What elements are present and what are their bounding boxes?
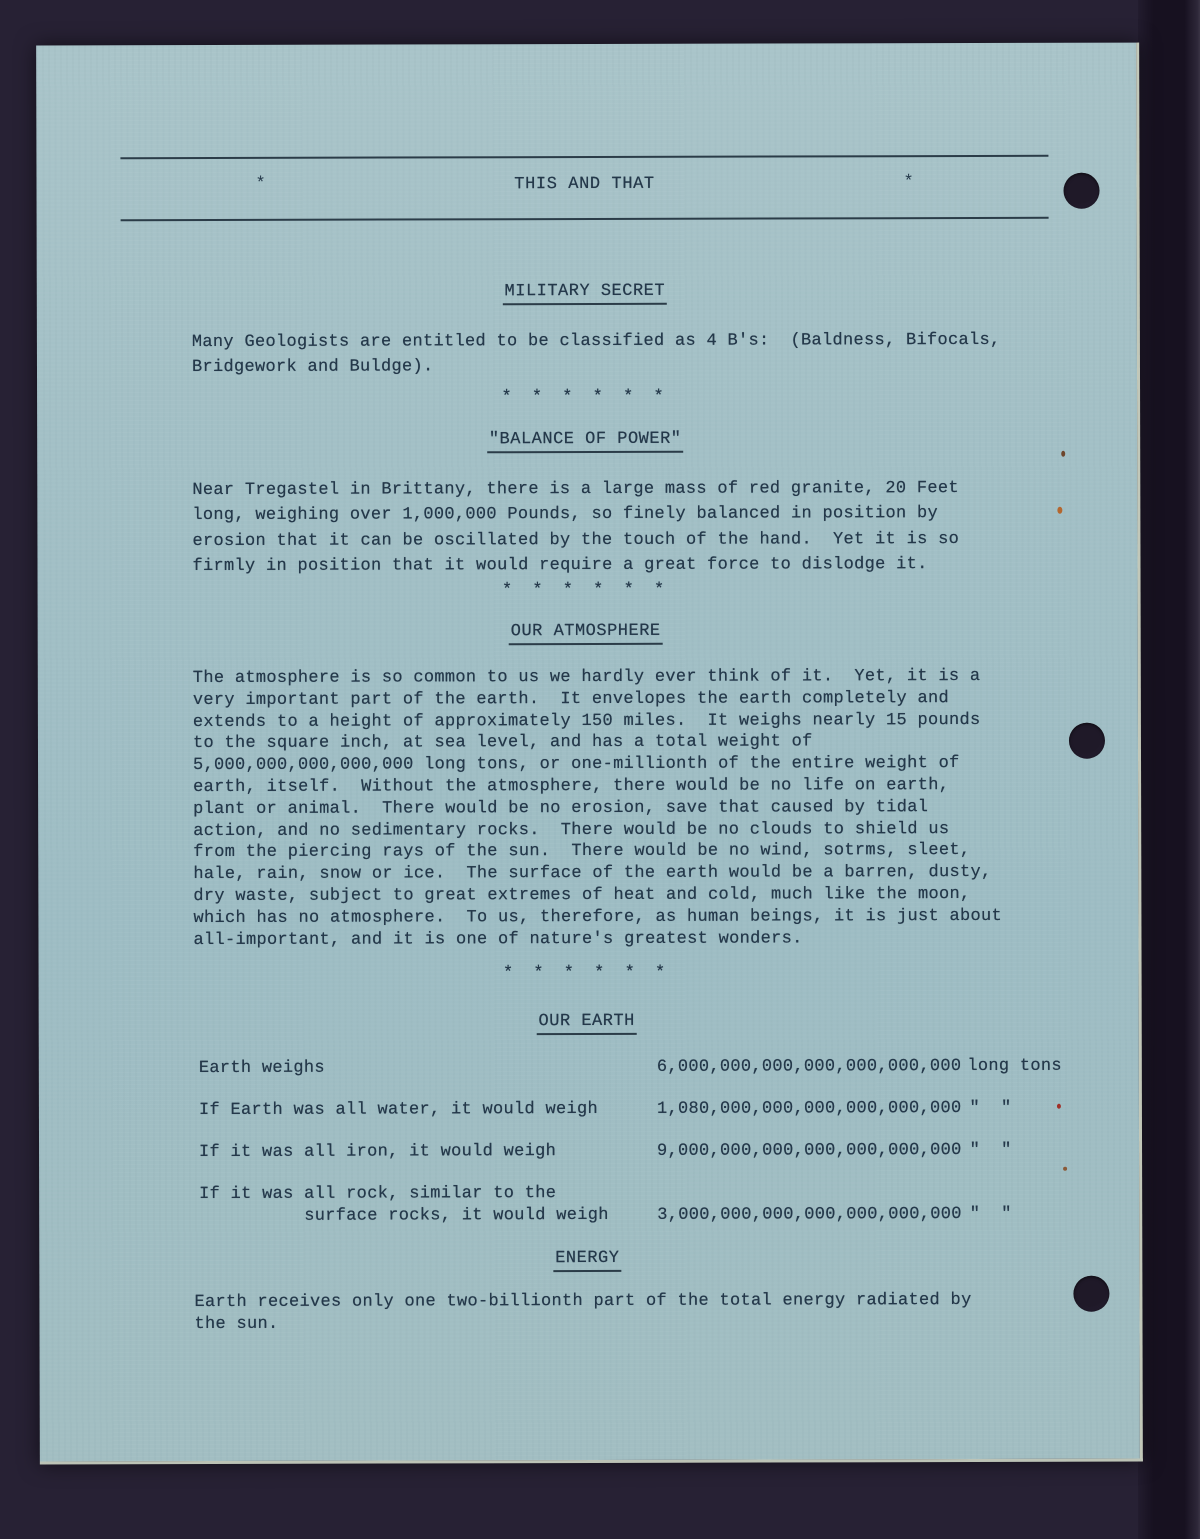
text-line: the sun. (194, 1312, 1074, 1336)
heading-our-earth: OUR EARTH (123, 1011, 1051, 1036)
text-line: from the piercing rays of the sun. There… (193, 840, 1073, 864)
paper-page: * THIS AND THAT * MILITARY SECRET Many G… (36, 43, 1143, 1465)
earth-row-label: Earth weighs (199, 1059, 325, 1078)
text-line: erosion that it can be oscillated by the… (192, 527, 1072, 555)
text-line: long, weighing over 1,000,000 Pounds, so… (192, 501, 1072, 529)
earth-row-label: If it was all iron, it would weigh (199, 1142, 556, 1162)
text-line: Bridgework and Buldge). (192, 353, 1072, 381)
text-line: Earth receives only one two-billionth pa… (194, 1290, 1074, 1314)
text-line: to the square inch, at sea level, and ha… (193, 731, 1073, 755)
header-rule-top (120, 155, 1048, 159)
heading-our-atmosphere: OUR ATMOSPHERE (122, 621, 1050, 646)
text-line: Many Geologists are entitled to be class… (192, 328, 1072, 356)
text-line: dry waste, subject to great extremes of … (193, 884, 1073, 908)
earth-row-value: 6,000,000,000,000,000,000,000long tons (657, 1057, 1062, 1077)
text-line: Near Tregastel in Brittany, there is a l… (192, 476, 1072, 504)
earth-row-label: If it was all rock, similar to the (199, 1184, 556, 1204)
text-line: plant or animal. There would be no erosi… (193, 797, 1073, 821)
earth-row-label: If Earth was all water, it would weigh (199, 1100, 598, 1120)
text-line: all-important, and it is one of nature's… (193, 927, 1073, 951)
text-line: firmly in position that it would require… (192, 552, 1072, 580)
asterisk-separator: * * * * * * (121, 387, 1049, 408)
heading-balance-of-power: "BALANCE OF POWER" (121, 429, 1049, 454)
earth-table-row: If it was all iron, it would weigh 9,000… (39, 1141, 1139, 1168)
earth-table-row: If Earth was all water, it would weigh 1… (39, 1099, 1139, 1126)
heading-energy: ENERGY (123, 1248, 1051, 1273)
earth-row-unit: " " (970, 1205, 1012, 1224)
heading-military-secret: MILITARY SECRET (121, 281, 1049, 306)
section-military-text: Many Geologists are entitled to be class… (192, 328, 1072, 381)
stain-speck (1061, 451, 1065, 457)
section-balance-text: Near Tregastel in Brittany, there is a l… (192, 476, 1072, 580)
hole-punch (1073, 1276, 1109, 1312)
header-rule-bottom (121, 217, 1049, 221)
earth-row-unit: long tons (967, 1057, 1062, 1076)
text-line: which has no atmosphere. To us, therefor… (193, 905, 1073, 929)
section-atmosphere-text: The atmosphere is so common to us we har… (193, 666, 1074, 952)
text-line: 5,000,000,000,000,000 long tons, or one-… (193, 753, 1073, 777)
asterisk-separator: * * * * * * (123, 963, 1051, 984)
earth-row-unit: " " (969, 1099, 1011, 1118)
asterisk-separator: * * * * * * (122, 580, 1050, 601)
hole-punch (1063, 173, 1099, 209)
earth-row-value: 1,080,000,000,000,000,000,000" " (657, 1099, 1012, 1119)
text-line: extends to a height of approximately 150… (193, 709, 1073, 733)
text-line: The atmosphere is so common to us we har… (193, 666, 1073, 690)
stain-speck (1057, 1104, 1061, 1109)
section-energy-text: Earth receives only one two-billionth pa… (194, 1290, 1074, 1336)
scanned-document: { "colors": { "paper": "#a3c0c6", "ink":… (0, 0, 1200, 1539)
stain-speck (1057, 507, 1062, 514)
earth-table-row: Earth weighs 6,000,000,000,000,000,000,0… (39, 1057, 1139, 1084)
hole-punch (1069, 723, 1105, 759)
text-line: very important part of the earth. It env… (193, 688, 1073, 712)
text-line: earth, itself. Without the atmosphere, t… (193, 775, 1073, 799)
earth-row-value: 3,000,000,000,000,000,000,000" " (657, 1205, 1012, 1225)
text-line: hale, rain, snow or ice. The surface of … (193, 862, 1073, 886)
stain-speck (1063, 1167, 1067, 1171)
text-line: action, and no sedimentary rocks. There … (193, 818, 1073, 842)
header-right-asterisk: * (903, 173, 914, 192)
earth-row-unit: " " (970, 1141, 1012, 1160)
earth-table-row: If it was all rock, similar to the surfa… (39, 1183, 1139, 1232)
earth-row-value: 9,000,000,000,000,000,000,000" " (657, 1141, 1012, 1161)
scan-backing-band (1138, 0, 1200, 1539)
earth-row-label-line2: surface rocks, it would weigh (304, 1206, 609, 1226)
